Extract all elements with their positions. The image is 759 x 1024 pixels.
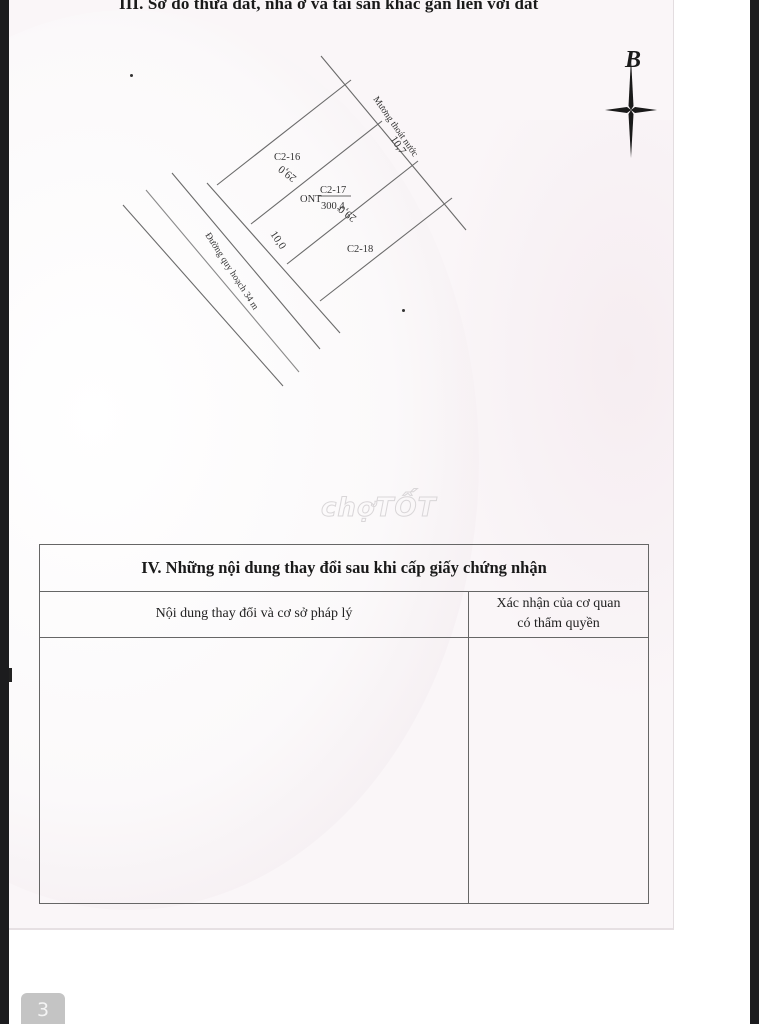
- viewer-left-edge: [0, 0, 9, 1024]
- north-label: B: [624, 47, 641, 73]
- parcel-label-c2-17: C2-17: [320, 185, 346, 196]
- lot-line-c2-16-c2-17: [251, 121, 382, 224]
- parcel-label-c2-18: C2-18: [347, 244, 373, 255]
- column-divider: [468, 591, 469, 903]
- header-divider: [40, 637, 648, 638]
- parcel-land-type: ONT: [300, 194, 322, 205]
- parcel-label-c2-16: C2-16: [274, 152, 300, 163]
- column-header-changes: Nội dung thay đổi và cơ sở pháp lý: [40, 591, 468, 637]
- chotot-watermark: chợTỐT: [321, 493, 436, 523]
- column-header-authority: Xác nhận của cơ quan có thẩm quyền: [469, 591, 648, 637]
- column-header-authority-line2: có thẩm quyền: [517, 614, 599, 634]
- section-iv-title: IV. Những nội dung thay đổi sau khi cấp …: [40, 545, 648, 592]
- margin-mark: [9, 668, 12, 682]
- column-header-authority-line1: Xác nhận của cơ quan: [496, 594, 620, 614]
- dimension-front-width: 10,0: [268, 229, 289, 252]
- page-indicator[interactable]: 3: [21, 993, 65, 1024]
- viewer-right-edge: [750, 0, 759, 1024]
- changes-table: IV. Những nội dung thay đổi sau khi cấp …: [39, 544, 649, 904]
- dimension-north-side: 29,0: [276, 162, 299, 184]
- certificate-page: III. Sơ đồ thửa đất, nhà ở và tài sản kh…: [9, 0, 674, 930]
- parcel-diagram: B C2-16 ONT C2-17 300,4 C2-18 29,0 29,0 …: [9, 0, 673, 540]
- north-arrow-icon: [605, 58, 657, 158]
